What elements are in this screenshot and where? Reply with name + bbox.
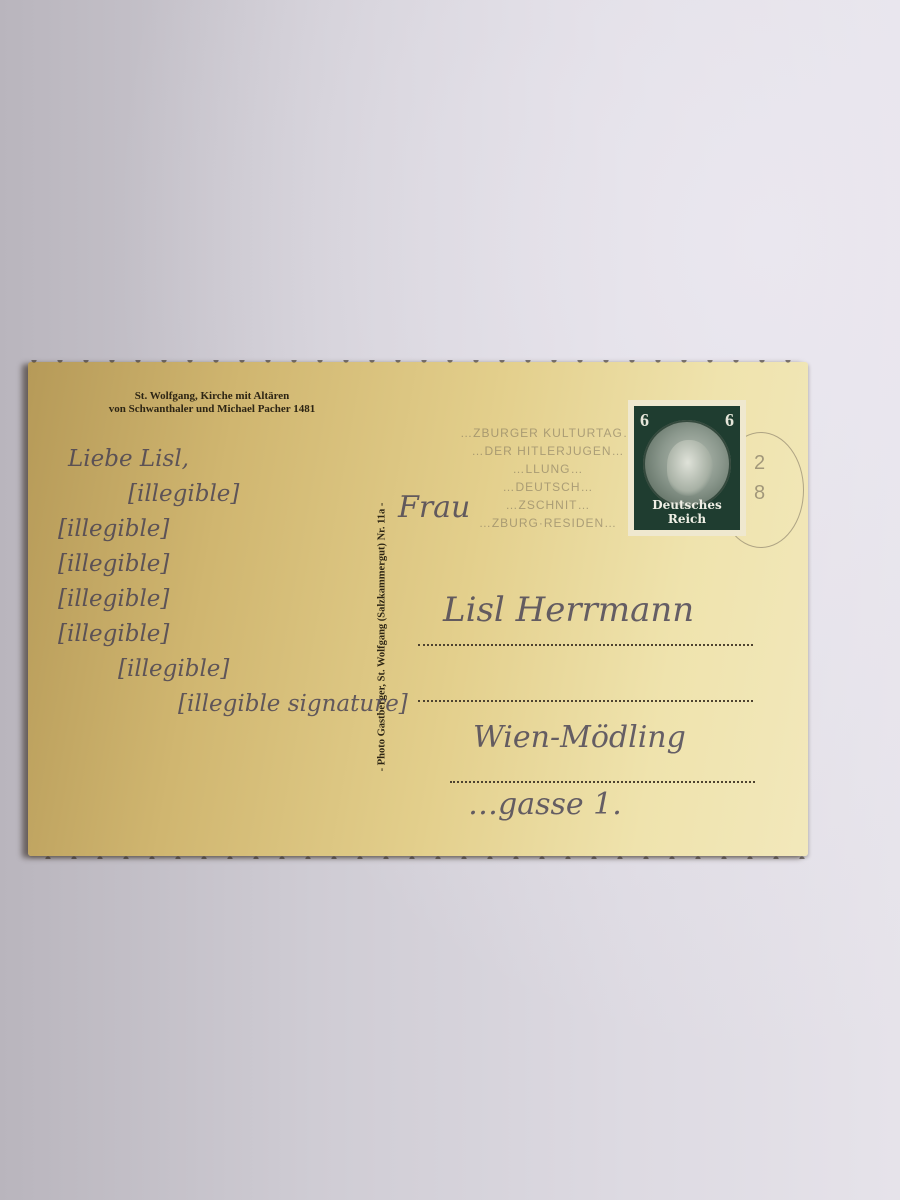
stamp-value-left: 6 [640,410,649,431]
postmark-slogan: …ZBURGER KULTURTAG… …DER HITLERJUGEN… …L… [448,424,648,532]
postage-stamp: 6 6 Deutsches Reich [628,400,746,536]
postcard: St. Wolfgang, Kirche mit Altären von Sch… [28,362,808,856]
stamp-value-right: 6 [725,410,734,431]
address-line-3 [450,781,755,783]
message-line: [illegible] [58,512,408,547]
handwritten-message: Liebe Lisl, [illegible] [illegible] [ill… [58,442,408,722]
stamp-face: 6 6 Deutsches Reich [634,406,740,530]
address-city: Wien-Mödling [473,720,686,755]
message-line: [illegible] [58,652,408,687]
message-line: Liebe Lisl, [58,442,408,477]
address-line-1 [418,644,753,646]
message-line: [illegible] [58,477,408,512]
address-name: Lisl Herrmann [443,590,694,630]
printed-caption: St. Wolfgang, Kirche mit Altären von Sch… [42,390,382,416]
caption-line-2: von Schwanthaler und Michael Pacher 1481 [42,403,382,416]
portrait-medallion-icon [643,420,731,508]
message-line: [illegible] [58,547,408,582]
message-signature: [illegible signature] [58,687,408,722]
address-line-2 [418,700,753,702]
postmark-date: 2 8 [754,448,765,508]
address-salutation: Frau [398,490,470,525]
address-street: …gasse 1. [468,787,622,822]
portrait-head-icon [667,440,713,496]
stamp-country: Deutsches Reich [634,498,740,526]
caption-line-1: St. Wolfgang, Kirche mit Altären [42,390,382,403]
message-line: [illegible] [58,582,408,617]
message-line: [illegible] [58,617,408,652]
